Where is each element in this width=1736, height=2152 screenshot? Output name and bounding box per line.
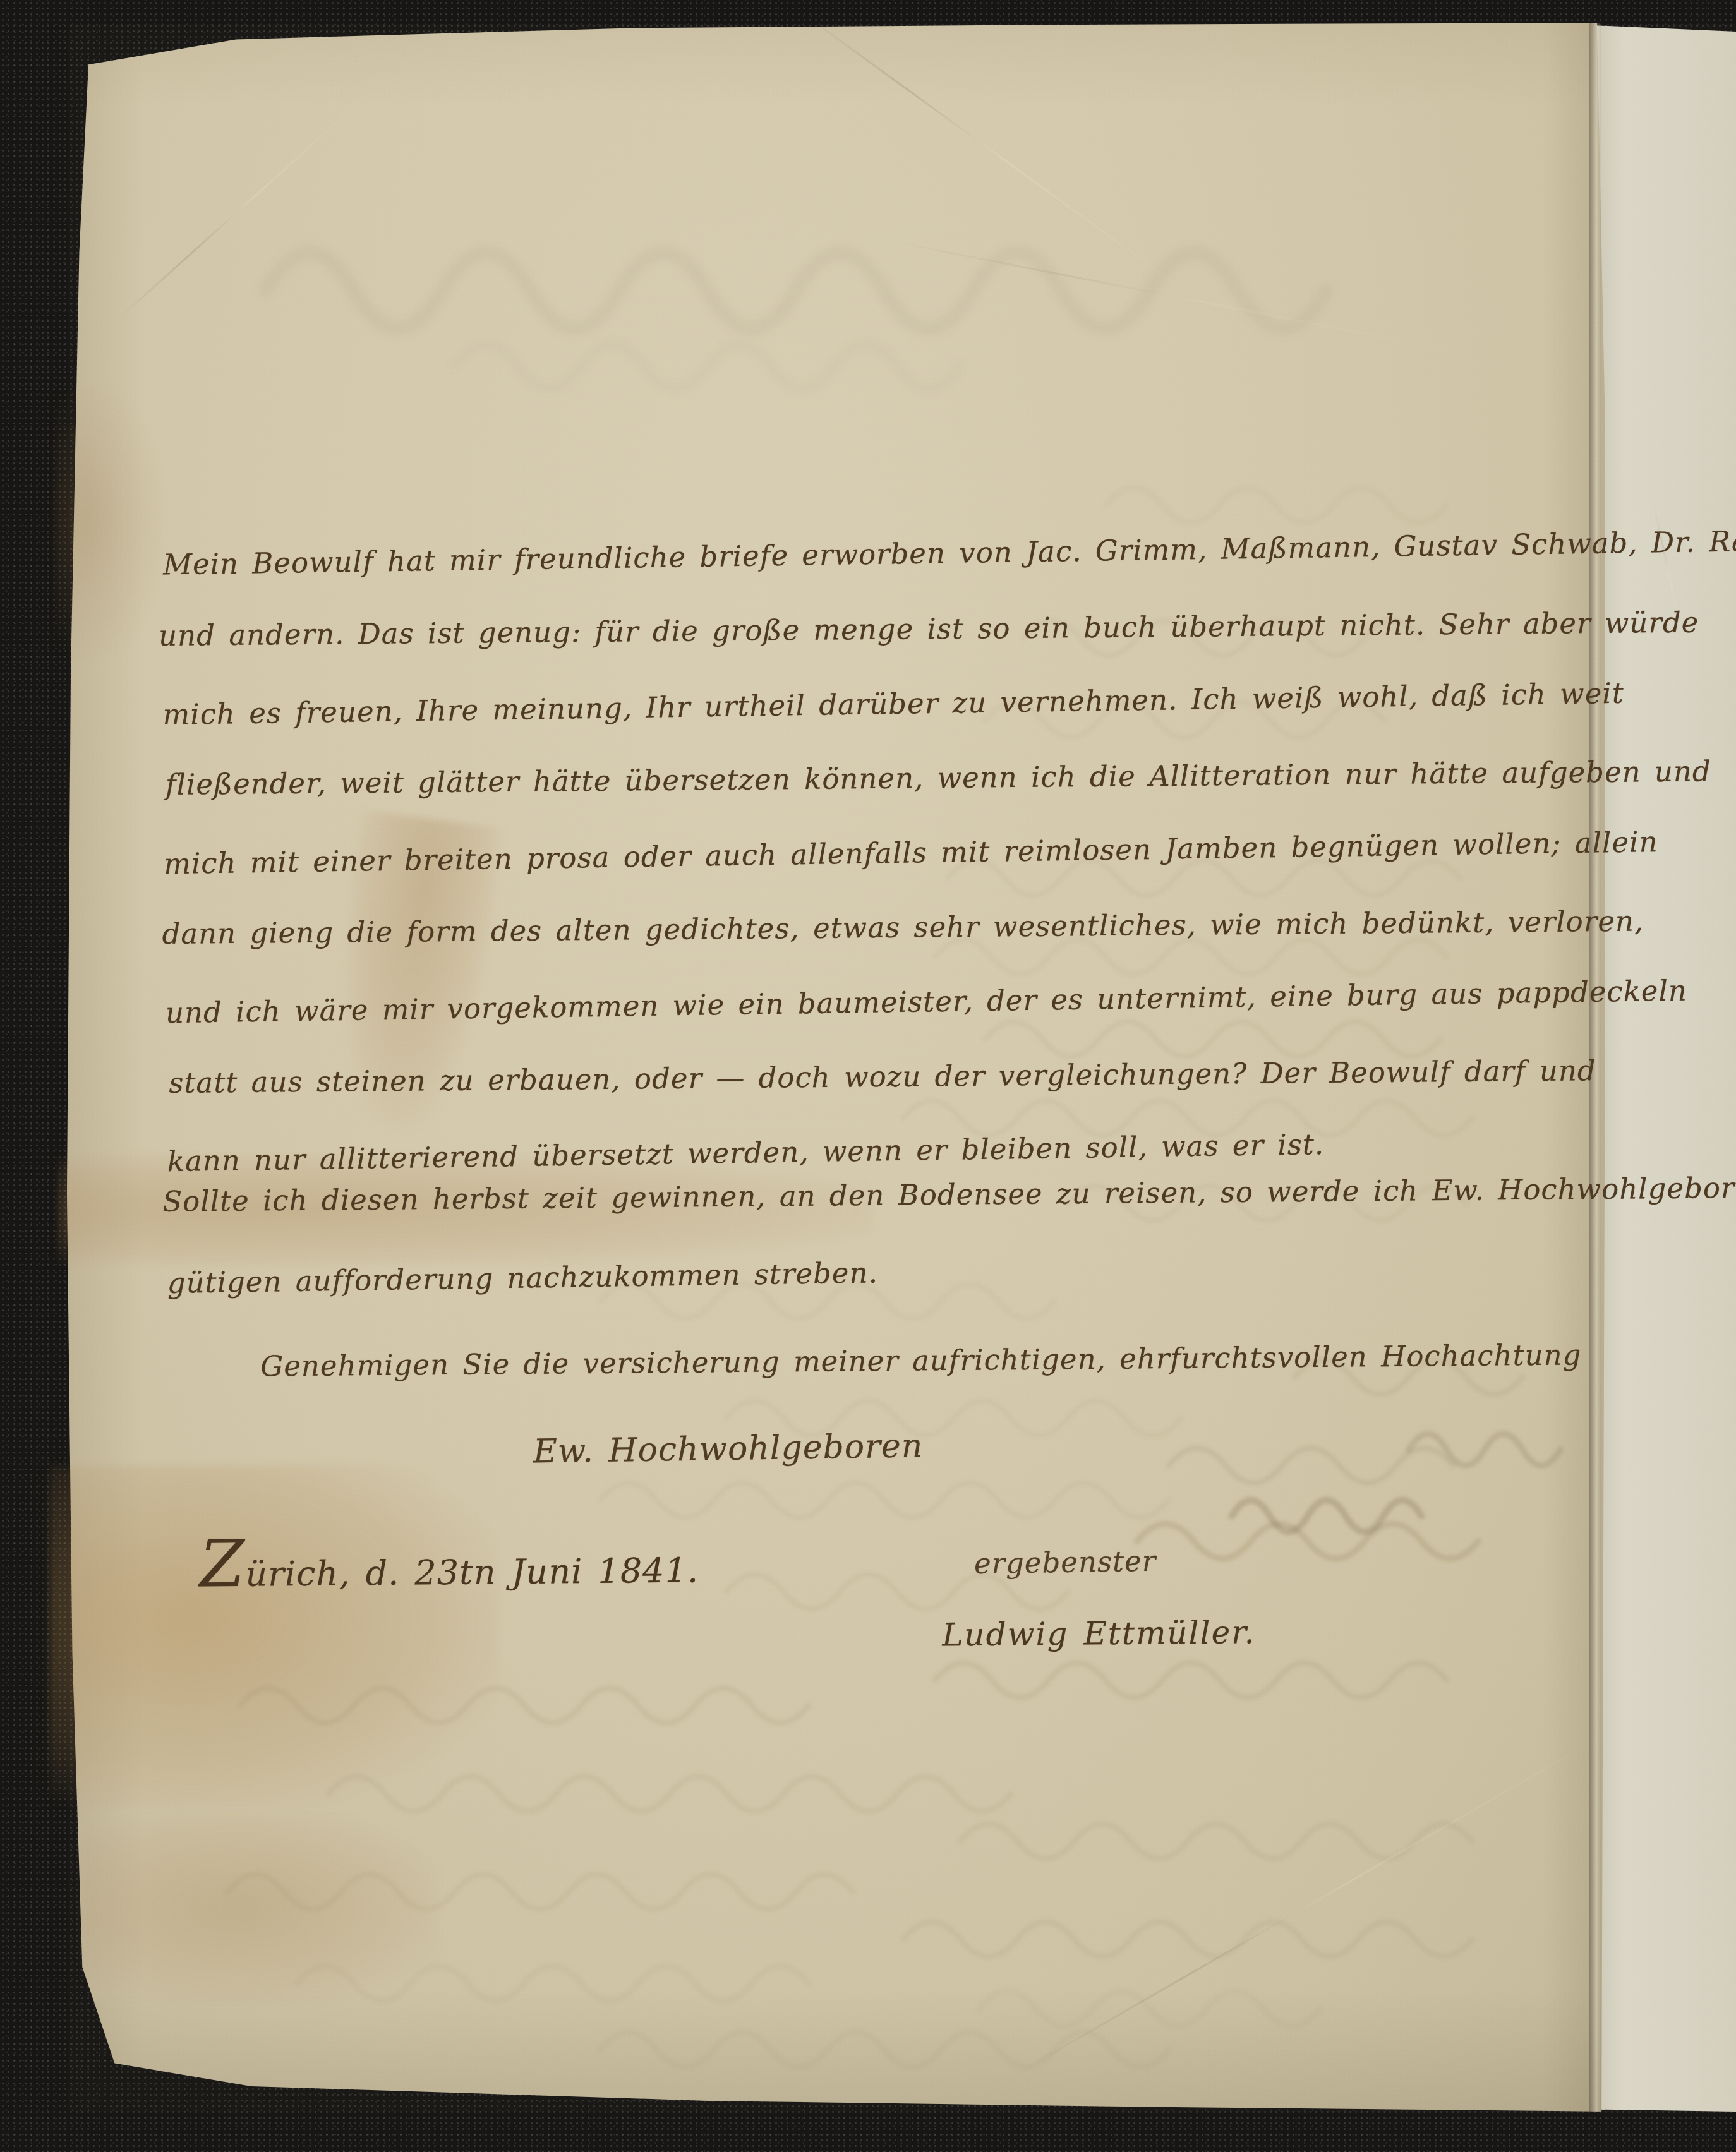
letter-salutation: Ew. Hochwohlgeboren [533, 1426, 923, 1472]
letter-line: dann gieng die form des alten gedichtes,… [162, 904, 1644, 953]
letter-line: fließender, weit glätter hätte übersetze… [166, 754, 1711, 803]
letter-signature: Ludwig Ettmüller. [942, 1613, 1256, 1655]
letter-line: kann nur allitterierend übersetzt werden… [167, 1127, 1324, 1179]
scanned-letter-canvas: { "scan": { "backdrop_color": "#171614",… [0, 0, 1736, 2152]
letter-line: gütigen aufforderung nachzukommen strebe… [167, 1255, 878, 1301]
letter-place-date: Zürich, d. 23tn Juni 1841. [200, 1541, 699, 1596]
letter-valediction: ergebenster [974, 1544, 1157, 1582]
letter-line: und andern. Das ist genug: für die große… [159, 605, 1699, 654]
letter-line: statt aus steinen zu erbauen, oder — doc… [169, 1053, 1596, 1101]
letter-line: Mein Beowulf hat mir freundliche briefe … [163, 523, 1736, 582]
letter-text-block: Mein Beowulf hat mir freundliche briefe … [0, 0, 1736, 2152]
letter-line: und ich wäre mir vorgekommen wie ein bau… [166, 973, 1688, 1031]
letter-closing-formula: Genehmigen Sie die versicherung meiner a… [260, 1337, 1582, 1384]
letter-line: mich es freuen, Ihre meinung, Ihr urthei… [162, 676, 1624, 733]
letter-line: mich mit einer breiten prosa oder auch a… [164, 824, 1658, 882]
letter-line: Sollte ich diesen herbst zeit gewinnen, … [162, 1170, 1736, 1220]
